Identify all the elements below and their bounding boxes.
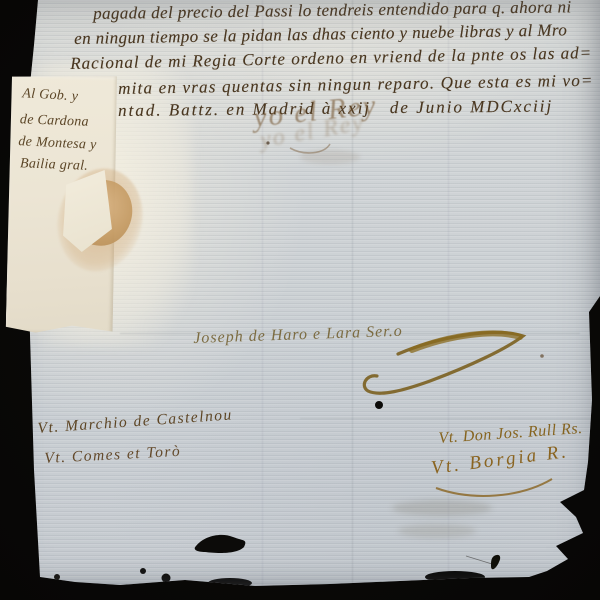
- ink-mark-comma: [491, 555, 500, 569]
- address-note-line-4: Bailia gral.: [20, 156, 89, 175]
- signature-flourish-bold: [412, 333, 520, 350]
- validation-signature-comes: Vt. Comes et Torò: [44, 443, 182, 468]
- borgia-flourish: [436, 479, 552, 496]
- ink-blot-squiggle: [195, 535, 246, 553]
- address-note-line-2: de Cardona: [20, 112, 90, 131]
- ink-blot-dot: [140, 568, 146, 574]
- edge-shadow-seep: [208, 578, 252, 588]
- signature-flourish: [364, 332, 523, 393]
- body-line-1: pagada del precio del Passi lo tendreis …: [93, 0, 572, 24]
- address-note-line-1: Al Gob. y: [22, 86, 79, 105]
- showthrough-smudge: [398, 524, 476, 538]
- fold-crease-horizontal: [300, 418, 590, 419]
- address-note-line-3: de Montesa y: [18, 134, 97, 154]
- secretary-signature: Joseph de Haro e Lara Ser.o: [193, 323, 403, 348]
- edge-shadow-seep: [425, 571, 485, 583]
- ink-blot-dot: [54, 574, 60, 580]
- ink-blot-dot: [162, 574, 171, 583]
- hairline-scratch: [466, 556, 492, 564]
- showthrough-smudge: [300, 150, 360, 164]
- manuscript-photograph: pagada del precio del Passi lo tendreis …: [0, 0, 600, 600]
- ink-speck: [540, 354, 544, 358]
- validation-signature-marchio: Vt. Marchio de Castelnou: [37, 406, 233, 438]
- showthrough-smudge: [392, 500, 492, 516]
- ink-blot-dot: [375, 401, 383, 409]
